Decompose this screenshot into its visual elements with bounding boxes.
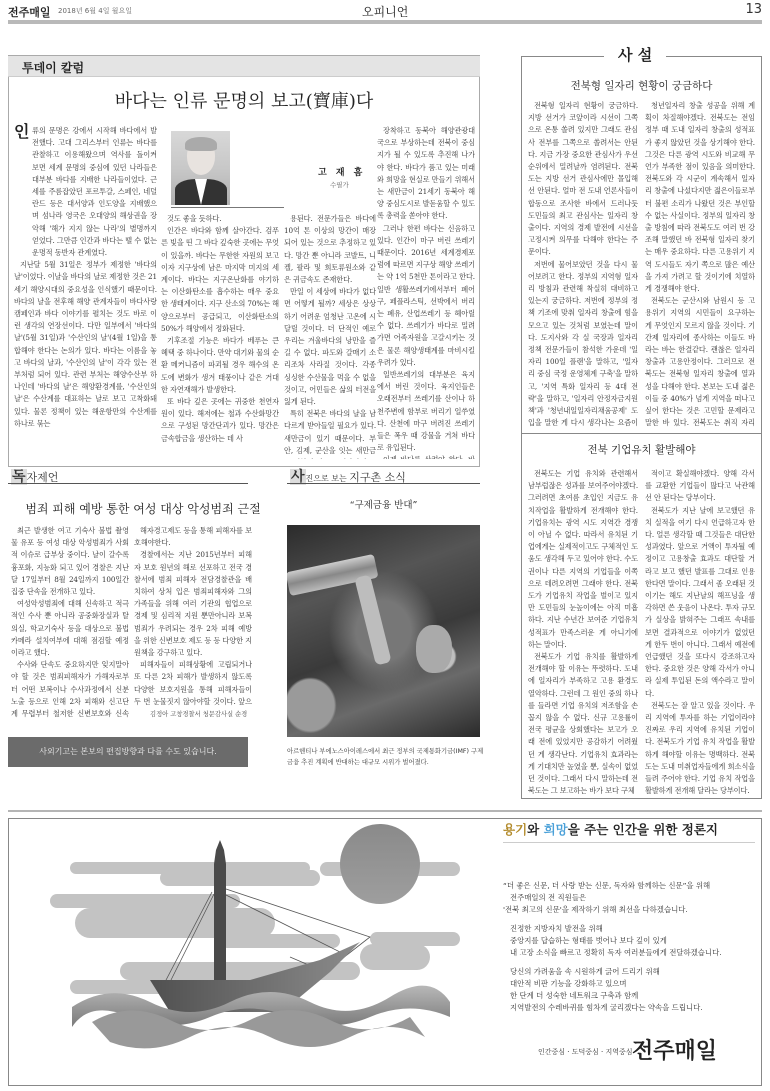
masthead-brand: 전주매일: [8, 4, 51, 20]
editorial-label: 사 설: [604, 44, 666, 65]
newspaper-motto: 인간중심 · 도덕중심 · 지역중심: [538, 1047, 633, 1057]
section-title: 오피니언: [362, 3, 408, 20]
column-paragraph: 일반쓰레기의 대부분은 육지에서 버린 것이다. 육지인들은 오래전부터 쓰레기…: [377, 369, 475, 454]
pledge-block-3: 당신의 가려움을 속 시원하게 긁어 드리기 위해 대안적 비판 기능을 강화하…: [503, 966, 758, 1014]
column-text: 전북도는 기업 유치와 관련해서 남부럽잖은 성과를 보여주어야겠다. 그러려면…: [528, 468, 638, 651]
author-role: 수필가: [330, 180, 349, 189]
column-paragraph: 경찰에서는 지난 2015년부터 피해자 보호 원년의 해로 선포하고 전국 경…: [134, 549, 252, 659]
column-text: 청년일자리 창출 성공을 위해 계획이 차질해야겠다. 전북도는 전임 정부 때…: [645, 100, 755, 295]
pledge-line: 내 고장 소식을 빠르고 정확히 독자 여러분들에게 전달하겠습니다.: [510, 947, 758, 959]
slogan-divider: [503, 842, 755, 843]
pledge-line: 당신의 가려움을 속 시원하게 긁어 드리기 위해: [510, 966, 758, 978]
editorial-1-col-1: 전북형 일자리 현황이 궁금하다. 지방 선거가 코앞이라 시선이 그쪽으로 온…: [528, 100, 638, 428]
photo-raised-arm: [354, 574, 391, 665]
column-text: 용된다. 전문가들은 바다에 10억 톤 이상의 망간이 매장되어 있는 것으로…: [284, 213, 376, 286]
column-paragraph: 만일 이 세상에 바다가 없다면 어떻게 될까? 세상은 상상하기 어려운 엄청…: [284, 286, 376, 408]
pledge-line: '전북 최고의 신문'을 제작하기 위해 최선을 다하겠습니다.: [503, 904, 758, 916]
column-text: 해자경고제도 등을 통해 피해자를 보호해야한다.: [134, 525, 252, 549]
column-text: 적이고 확실해야겠다. 양해 각서를 교환한 기업들이 많다고 낙관해선 안 된…: [645, 468, 755, 505]
sailboat-illustration: [20, 812, 480, 1082]
column-text: 것도 좋을 듯하다.: [161, 213, 279, 225]
newspaper-logo: 전주매일: [632, 1034, 717, 1065]
column-text: 장착하고 동북아 해양관광대국으로 부상하는데 전북이 중심지가 될 수 있도록…: [377, 125, 475, 223]
today-column-col-4: 장착하고 동북아 해양관광대국으로 부상하는데 전북이 중심지가 될 수 있도록…: [377, 125, 475, 459]
page-number: 13: [745, 2, 762, 17]
wave-2: [92, 1010, 425, 1048]
slogan-hope: 희망: [544, 822, 568, 837]
column-paragraph: 또 바다 깊은 곳에는 귀중한 천연자원이 있다. 해저에는 철과 수산화망간으…: [161, 396, 279, 445]
slogan-rest: 을 주는 인간을 위한 정론지: [568, 822, 718, 837]
photo-headline[interactable]: “구제금융 반대”: [287, 497, 480, 511]
photo-label-small: 진으로 보는: [306, 474, 350, 483]
pledge-line: 지역발전의 수레바퀴를 힘차게 굴리겠다는 약속을 드립니다.: [510, 1002, 758, 1014]
pledge-line: “더 좋은 신문, 더 사랑 받는 신문, 독자와 함께하는 신문”을 위해: [503, 880, 758, 892]
header-divider: [8, 20, 762, 24]
pledge-text: “더 좋은 신문, 더 사랑 받는 신문, 독자와 함께하는 신문”을 위해 전…: [503, 880, 758, 1021]
column-paragraph: 전북도는 군산시와 남원시 등 고용위기 지역의 시민들이 요구하는 게 무엇인…: [645, 295, 755, 428]
author-name: 고 재 흠: [318, 165, 365, 178]
pledge-block-1: “더 좋은 신문, 더 사랑 받는 신문, 독자와 함께하는 신문”을 위해 전…: [503, 880, 758, 916]
today-column-col-1: 류의 문명은 강에서 시작해 바다에서 발전했다. 고대 그리스부터 인류는 바…: [14, 125, 157, 459]
column-text: 류의 문명은 강에서 시작해 바다에서 발전했다. 고대 그리스부터 인류는 바…: [14, 125, 157, 259]
column-paragraph: 저번에 물어보았던 것을 다시 물어보려고 한다. 정부의 지역형 일자리 방침…: [528, 259, 638, 428]
editorial-2-title[interactable]: 전북 기업유치 활발해야: [521, 442, 762, 457]
pledge-line: 한 단계 더 성숙한 네트워크 구축과 함께: [510, 990, 758, 1002]
author-portrait: [171, 131, 230, 205]
column-paragraph: 그러나 한편 바다는 신음하고 있다. 인간이 마구 버린 쓰레기 때문이다. …: [377, 223, 475, 369]
editorial-1-title[interactable]: 전북형 일자리 현황이 궁금하다: [521, 78, 762, 93]
photo-shouting-man: [416, 625, 452, 673]
column-text: 전북형 일자리 현황이 궁금하다. 지방 선거가 코앞이라 시선이 그쪽으로 온…: [528, 100, 638, 259]
pledge-block-2: 진정한 지방자치 발전을 위해 중앙지를 답습하는 형태를 벗어나 보다 깊이 …: [503, 923, 758, 959]
column-paragraph: 피해자들이 피해상황에 고립되거나 또 다른 2차 피해가 발생하지 않도록 다…: [134, 659, 252, 707]
column-paragraph: 이제 바다를 살려야 한다. 바다가 신음하면 인간도 신음하고, 바다가 죽으…: [377, 454, 475, 459]
editorial-1-col-2: 청년일자리 창출 성공을 위해 계획이 차질해야겠다. 전북도는 전임 정부 때…: [645, 100, 755, 428]
pen-mast: [214, 840, 226, 982]
reader-col-2: 해자경고제도 등을 통해 피해자를 보호해야한다.경찰에서는 지난 2015년부…: [134, 525, 252, 707]
editorial-2-col-2: 적이고 확실해야겠다. 양해 각서를 교환한 기업들이 많다고 낙관해선 안 된…: [645, 468, 755, 794]
photo-caption: 아르헨티나 부에노스아이레스에서 최근 정부의 국제통화기금(IMF) 구제금융…: [287, 746, 487, 768]
column-paragraph: 전북도가 기업 유치를 활발하게 전개해야 할 이유는 뚜렷하다. 도내에 일자…: [528, 651, 638, 794]
reader-divider: [8, 483, 248, 484]
today-column-label: 투데이 칼럼: [22, 59, 84, 76]
today-column-col-2: 것도 좋을 듯하다.인간은 바다와 함께 살아간다. 검푸른 빛을 띤 그 바다…: [161, 213, 279, 459]
today-column-col-3: 용된다. 전문가들은 바다에 10억 톤 이상의 망간이 매장되어 있는 것으로…: [284, 213, 376, 459]
byline-divider: [171, 207, 284, 208]
today-column-header: 투데이 칼럼: [8, 55, 480, 77]
column-paragraph: 여성악성범죄에 대해 신속하고 적극적인 수사 뿐 아니라 공중화장실과 탈의실…: [11, 598, 129, 659]
column-text: 최근 발생한 여고 기숙사 불법 촬영물 유포 등 여성 대상 악성범죄가 사회…: [11, 525, 129, 598]
reader-column-title[interactable]: 범죄 피해 예방 통한 여성 대상 악성범죄 근절: [8, 500, 278, 517]
sun-shape: [340, 824, 420, 904]
slogan-connector: 와: [527, 822, 543, 837]
reader-col-1: 최근 발생한 여고 기숙사 불법 촬영물 유포 등 여성 대상 악성범죄가 사회…: [11, 525, 129, 721]
slogan-courage: 용기: [503, 822, 527, 837]
promo-slogan: 용기와 희망을 주는 인간을 위한 정론지: [503, 820, 718, 838]
pledge-line: 대안적 비판 기능을 강화하고 있으며: [510, 978, 758, 990]
disclaimer-banner: 사외기고는 본보의 편집방향과 다를 수도 있습니다.: [8, 737, 248, 767]
column-paragraph: 수사와 단속도 중요하지만 잊지말아야 할 것은 범죄피해자가 가해자로부터 어…: [11, 659, 129, 721]
pledge-line: 전주매일의 전 직원들은: [503, 892, 758, 904]
pledge-line: 진정한 지방자치 발전을 위해: [510, 923, 758, 935]
column-paragraph: 인간은 바다와 함께 살아간다. 검푸른 빛을 띤 그 바다 깊숙한 곳에는 무…: [161, 225, 279, 335]
portrait-hair: [185, 137, 217, 151]
photo-news-divider: [287, 483, 480, 484]
column-paragraph: 전북도는 잘 알고 있을 것이다. 우리 지역에 투자를 하는 기업이라야 진짜…: [645, 700, 755, 794]
protest-photo[interactable]: [287, 525, 480, 737]
today-column-title[interactable]: 바다는 인류 문명의 보고(寶庫)다: [8, 87, 480, 113]
issue-date: 2018년 6월 4일 월요일: [58, 6, 132, 16]
pledge-line: 중앙지를 답습하는 형태를 벗어나 보다 깊이 있게: [510, 935, 758, 947]
column-paragraph: 특히 전북은 바다의 날을 남다르게 받아들일 필요가 있다. 새만금이 있기 …: [284, 408, 376, 459]
reader-signature: 김정아 고창경찰서 청문감사실 순경: [150, 709, 247, 718]
column-paragraph: 지난달 5월 31일은 정부가 제정한 '바다의 날'이었다. 이날을 바다의 …: [14, 259, 157, 430]
editorial-2-col-1: 전북도는 기업 유치와 관련해서 남부럽잖은 성과를 보여주어야겠다. 그러려면…: [528, 468, 638, 794]
column-paragraph: 전북도가 지난 날에 보고했던 유치 실적을 여기 다시 언급하고자 한다. 얼…: [645, 505, 755, 700]
column-paragraph: 기후조절 기능은 바다가 베푸는 큰 혜택 중 하나이다. 만약 대기와 물의 …: [161, 335, 279, 396]
